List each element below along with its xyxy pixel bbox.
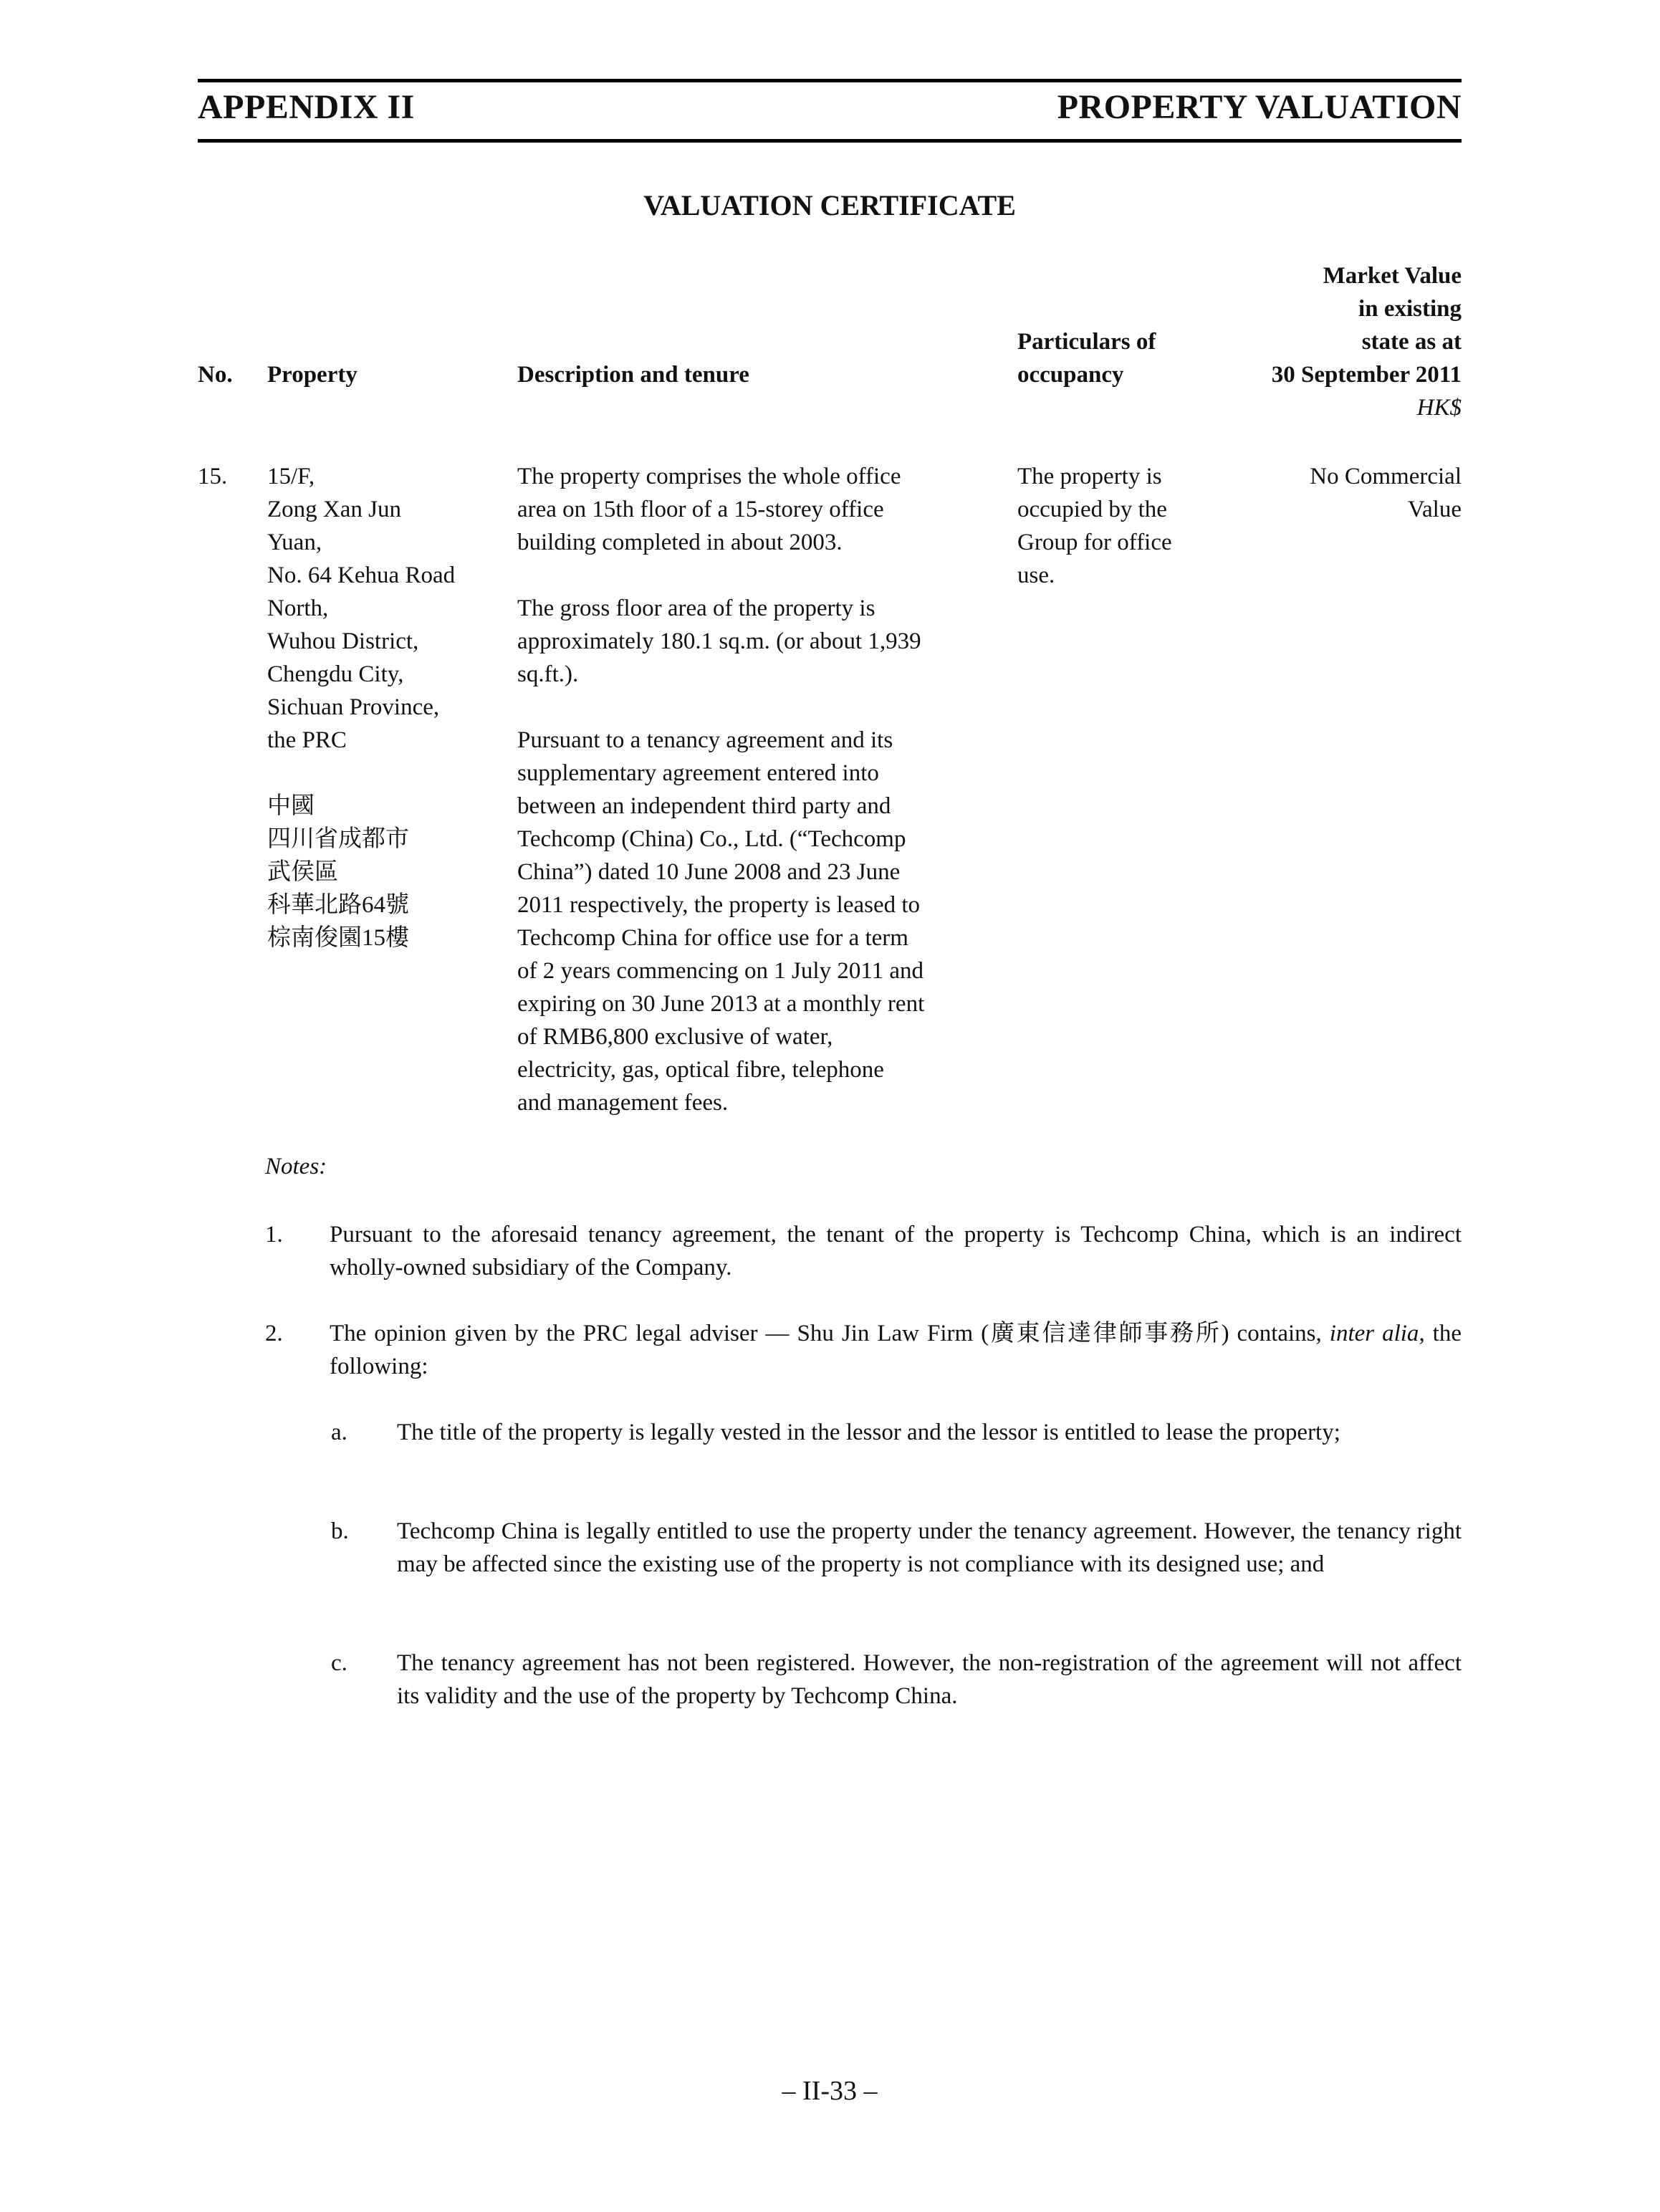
certificate-title: VALUATION CERTIFICATE <box>198 188 1462 224</box>
note-2-subitem-c: c. The tenancy agreement has not been re… <box>331 1647 1462 1713</box>
market-value: No Commercial Value <box>1232 460 1462 526</box>
particulars-of-occupancy: The property is occupied by the Group fo… <box>1017 460 1232 592</box>
property-address-chinese: 中國 <box>267 790 511 823</box>
note-2-subitem-b: b. Techcomp China is legally entitled to… <box>331 1515 1462 1581</box>
note-2: 2. The opinion given by the PRC legal ad… <box>265 1317 1462 1383</box>
row-number: 15. <box>198 460 227 493</box>
note-number: 1. <box>265 1218 283 1251</box>
section-title: PROPERTY VALUATION <box>1057 87 1462 128</box>
column-header-property: Property <box>267 358 511 391</box>
property-address: 15/F, Zong Xan Jun Yuan, No. 64 Kehua Ro… <box>267 460 511 954</box>
column-header-market-value: Market Value in existing state as at 30 … <box>1232 259 1462 424</box>
column-header-no: No. <box>198 358 233 391</box>
notes-heading: Notes: <box>265 1150 327 1183</box>
page-number: – II-33 – <box>198 2074 1462 2107</box>
appendix-label: APPENDIX II <box>198 87 415 128</box>
header-bottom-rule <box>198 139 1462 143</box>
note-1: 1. Pursuant to the aforesaid tenancy agr… <box>265 1218 1462 1284</box>
header-top-rule <box>198 79 1462 82</box>
note-2-subitem-a: a. The title of the property is legally … <box>331 1416 1462 1449</box>
column-header-description: Description and tenure <box>517 358 1004 391</box>
note-text: The opinion given by the PRC legal advis… <box>330 1317 1462 1383</box>
column-header-occupancy: Particulars of occupancy <box>1017 325 1232 391</box>
currency-unit: HK$ <box>1232 391 1462 424</box>
description-and-tenure: The property comprises the whole office … <box>517 460 1004 1119</box>
note-text: Pursuant to the aforesaid tenancy agreem… <box>330 1218 1462 1284</box>
note-number: 2. <box>265 1317 283 1350</box>
